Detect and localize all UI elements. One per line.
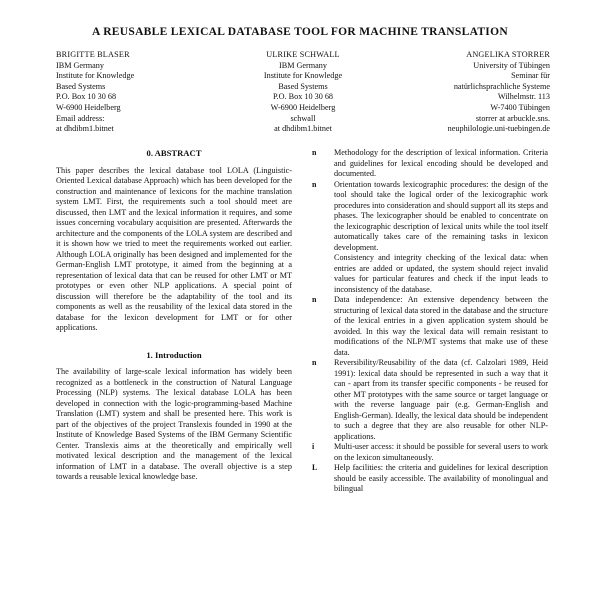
requirement-methodology: n Methodology for the description of lex… <box>312 148 548 180</box>
author-name: ULRIKE SCHWALL <box>233 50 373 61</box>
author-email: storrer at arbuckle.sns. <box>380 114 550 125</box>
author-affiliation-line: Wilhelmstr. 113 <box>380 92 550 103</box>
author-affiliation-line: W-7400 Tübingen <box>380 103 550 114</box>
requirement-text: Reversibility/Reusability of the data (c… <box>334 358 548 441</box>
requirement-text: Consistency and integrity checking of th… <box>334 253 548 294</box>
author-email: at dhdibm1.bitnet <box>233 124 373 135</box>
requirements-list: n Methodology for the description of lex… <box>312 148 548 495</box>
introduction-text: The availability of large-scale lexical … <box>56 367 292 483</box>
author-email: schwall <box>233 114 373 125</box>
requirement-help-facilities: L Help facilities: the criteria and guid… <box>312 463 548 495</box>
author-affiliation-line: IBM Germany <box>56 61 226 72</box>
author-affiliation-line: Based Systems <box>233 82 373 93</box>
author-affiliation-line: Seminar für <box>380 71 550 82</box>
author-affiliation-line: Institute for Knowledge <box>56 71 226 82</box>
requirement-text: Multi-user access: it should be possible… <box>334 442 548 462</box>
author-affiliation-line: P.O. Box 10 30 68 <box>56 92 226 103</box>
introduction-heading: 1. Introduction <box>56 350 292 361</box>
author-affiliation-line: natürlichsprachliche Systeme <box>380 82 550 93</box>
author-name: ANGELIKA STORRER <box>380 50 550 61</box>
author-email-label: Email address: <box>56 114 226 125</box>
author-2: ULRIKE SCHWALL IBM Germany Institute for… <box>233 50 373 135</box>
requirement-text: Orientation towards lexicographic proced… <box>334 180 548 252</box>
author-3: ANGELIKA STORRER University of Tübingen … <box>380 50 550 135</box>
right-column: n Methodology for the description of lex… <box>312 148 548 495</box>
bullet-marker-icon: n <box>312 358 322 369</box>
author-affiliation-line: IBM Germany <box>233 61 373 72</box>
author-affiliation-line: University of Tübingen <box>380 61 550 72</box>
requirement-reusability: n Reversibility/Reusability of the data … <box>312 358 548 442</box>
author-1: BRIGITTE BLASER IBM Germany Institute fo… <box>56 50 226 135</box>
requirement-text: Data independence: An extensive dependen… <box>334 295 548 357</box>
author-affiliation-line: Based Systems <box>56 82 226 93</box>
introduction-paragraph: The availability of large-scale lexical … <box>56 367 292 483</box>
author-name: BRIGITTE BLASER <box>56 50 226 61</box>
author-email: neuphilologie.uni-tuebingen.de <box>380 124 550 135</box>
bullet-marker-icon: n <box>312 148 322 159</box>
requirement-consistency: Consistency and integrity checking of th… <box>312 253 548 295</box>
bullet-marker-icon: n <box>312 180 322 191</box>
paper-title: A REUSABLE LEXICAL DATABASE TOOL FOR MAC… <box>0 26 600 38</box>
requirement-text: Methodology for the description of lexic… <box>334 148 548 178</box>
requirement-text: Help facilities: the criteria and guidel… <box>334 463 548 493</box>
paper-page: A REUSABLE LEXICAL DATABASE TOOL FOR MAC… <box>0 0 600 600</box>
author-affiliation-line: Institute for Knowledge <box>233 71 373 82</box>
requirement-multi-user: i Multi-user access: it should be possib… <box>312 442 548 463</box>
bullet-marker-icon: i <box>312 442 322 453</box>
bullet-marker-icon: n <box>312 295 322 306</box>
bullet-marker-icon: L <box>312 463 322 474</box>
left-column: 0. ABSTRACT This paper describes the lex… <box>56 148 292 483</box>
author-block: BRIGITTE BLASER IBM Germany Institute fo… <box>56 50 550 142</box>
author-email: at dhdibm1.bitnet <box>56 124 226 135</box>
requirement-data-independence: n Data independence: An extensive depend… <box>312 295 548 358</box>
author-affiliation-line: W-6900 Heidelberg <box>56 103 226 114</box>
abstract-paragraph: This paper describes the lexical databas… <box>56 166 292 334</box>
author-affiliation-line: W-6900 Heidelberg <box>233 103 373 114</box>
author-affiliation-line: P.O. Box 10 30 68 <box>233 92 373 103</box>
abstract-text: This paper describes the lexical databas… <box>56 166 292 334</box>
abstract-heading: 0. ABSTRACT <box>56 148 292 159</box>
requirement-lexicographic-orientation: n Orientation towards lexicographic proc… <box>312 180 548 254</box>
